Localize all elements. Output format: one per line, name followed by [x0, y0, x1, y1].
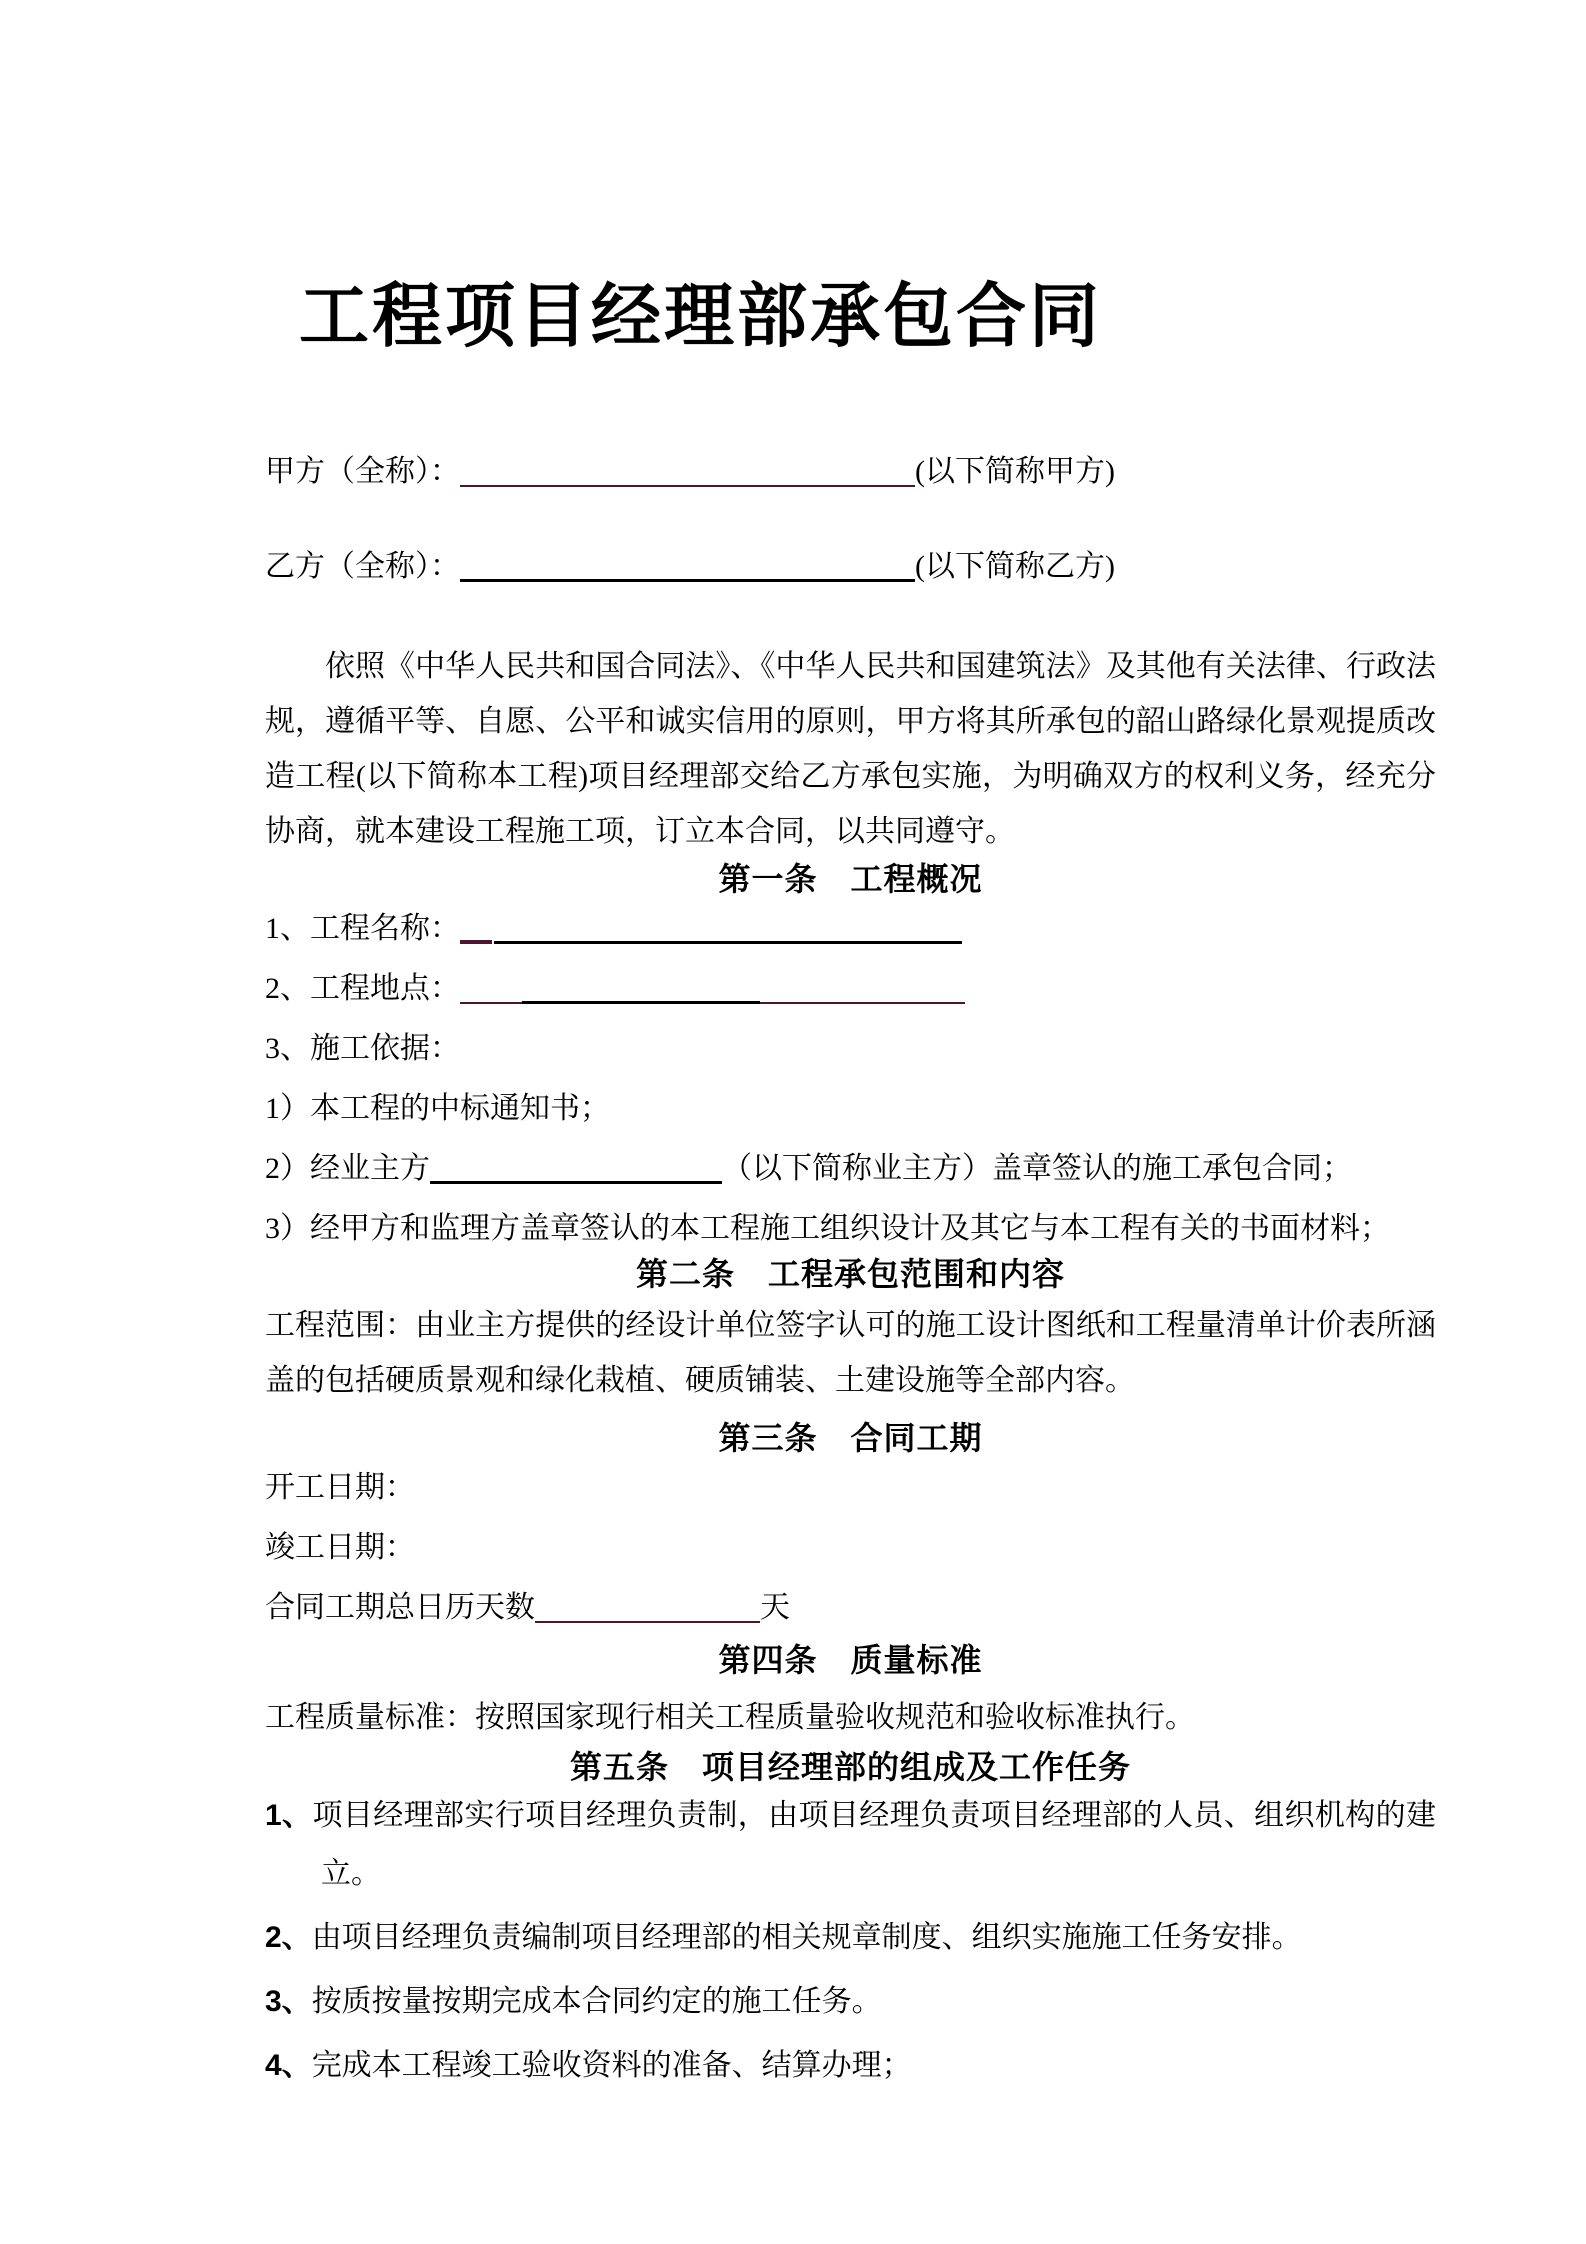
project-name-blank-underline [494, 905, 962, 944]
clause3-heading: 第三条 合同工期 [265, 1418, 1436, 1458]
party-a-label: 甲方（全称）： [265, 455, 460, 488]
start-date-label: 开工日期： [265, 1471, 415, 1504]
clause5-item2-number: 2、 [265, 1921, 312, 1954]
project-name-dash-underline [460, 904, 492, 944]
party-a-blank-underline [460, 449, 915, 487]
project-location-label: 2、工程地点： [265, 972, 460, 1005]
clause5-item: 1、项目经理部实行项目经理负责制，由项目经理负责项目经理部的人员、组织机构的建立… [265, 1787, 1436, 1903]
clause5-item1-text: 项目经理部实行项目经理负责制，由项目经理负责项目经理部的人员、组织机构的建立。 [312, 1799, 1436, 1890]
clause5-item2-text: 由项目经理负责编制项目经理部的相关规章制度、组织实施施工任务安排。 [312, 1921, 1302, 1954]
basis-sub3-text: 3）经甲方和监理方盖章签认的本工程施工组织设计及其它与本工程有关的书面材料； [265, 1212, 1390, 1245]
clause5-item4-number: 4、 [265, 2049, 312, 2082]
clause5-item1-number: 1、 [265, 1799, 312, 1832]
clause5-item: 2、由项目经理负责编制项目经理部的相关规章制度、组织实施施工任务安排。 [265, 1909, 1436, 1967]
contract-preamble: 依照《中华人民共和国合同法》、《中华人民共和国建筑法》及其他有关法律、行政法规，… [265, 639, 1436, 859]
clause5-list: 1、项目经理部实行项目经理负责制，由项目经理负责项目经理部的人员、组织机构的建立… [265, 1787, 1436, 2095]
clause5-item3-number: 3、 [265, 1985, 312, 2018]
clause3-list: 开工日期： 竣工日期： 合同工期总日历天数天 [265, 1458, 1436, 1638]
duration-label: 合同工期总日历天数 [265, 1591, 535, 1624]
basis-sub1-line: 1）本工程的中标通知书； [265, 1079, 1436, 1139]
party-b-short-name: (以下简称乙方) [915, 550, 1115, 583]
party-a-short-name: (以下简称甲方) [915, 455, 1115, 488]
construction-basis-line: 3、施工依据： [265, 1019, 1436, 1079]
party-a-line: 甲方（全称）：(以下简称甲方) [265, 446, 1436, 488]
contract-title: 工程项目经理部承包合同 [265, 278, 1436, 358]
clause2-heading: 第二条 工程承包范围和内容 [265, 1254, 1436, 1294]
clause5-heading: 第五条 项目经理部的组成及工作任务 [265, 1747, 1436, 1787]
finish-date-line: 竣工日期： [265, 1518, 1436, 1578]
clause2-body: 工程范围：由业主方提供的经设计单位签字认可的施工设计图纸和工程量清单计价表所涵盖… [265, 1298, 1436, 1408]
clause5-item: 4、完成本工程竣工验收资料的准备、结算办理； [265, 2037, 1436, 2095]
duration-unit: 天 [760, 1591, 790, 1624]
finish-date-label: 竣工日期： [265, 1531, 415, 1564]
clause5-item: 3、按质按量按期完成本合同约定的施工任务。 [265, 1973, 1436, 2031]
contract-document: 工程项目经理部承包合同 甲方（全称）：(以下简称甲方) 乙方（全称）：(以下简称… [0, 0, 1586, 2095]
project-location-blank-underline [460, 966, 965, 1004]
party-b-label: 乙方（全称）： [265, 550, 460, 583]
construction-basis-label: 3、施工依据： [265, 1032, 460, 1065]
clause1-list: 1、工程名称： 2、工程地点： 3、施工依据： 1）本工程的中标通知书； 2）经… [265, 899, 1436, 1259]
clause4-body: 工程质量标准：按照国家现行相关工程质量验收规范和验收标准执行。 [265, 1690, 1436, 1745]
duration-blank-underline [535, 1585, 760, 1623]
clause4-heading: 第四条 质量标准 [265, 1640, 1436, 1680]
project-location-underline-overlay [522, 1001, 760, 1004]
owner-blank-underline [430, 1145, 722, 1184]
basis-sub2-line: 2）经业主方（以下简称业主方）盖章签认的施工承包合同； [265, 1139, 1436, 1199]
duration-line: 合同工期总日历天数天 [265, 1578, 1436, 1638]
basis-sub3-line: 3）经甲方和监理方盖章签认的本工程施工组织设计及其它与本工程有关的书面材料； [265, 1199, 1436, 1259]
clause5-item4-text: 完成本工程竣工验收资料的准备、结算办理； [312, 2049, 912, 2082]
party-b-line: 乙方（全称）：(以下简称乙方) [265, 541, 1436, 583]
basis-sub2-pre: 2）经业主方 [265, 1152, 430, 1185]
party-b-blank-underline [460, 543, 915, 582]
clause1-heading: 第一条 工程概况 [265, 859, 1436, 899]
project-location-line: 2、工程地点： [265, 959, 1436, 1019]
basis-sub2-post: （以下简称业主方）盖章签认的施工承包合同； [722, 1152, 1352, 1185]
document-page: 工程项目经理部承包合同 甲方（全称）：(以下简称甲方) 乙方（全称）：(以下简称… [0, 0, 1586, 2244]
basis-sub1-text: 1）本工程的中标通知书； [265, 1092, 610, 1125]
project-name-line: 1、工程名称： [265, 899, 1436, 959]
project-name-label: 1、工程名称： [265, 912, 460, 945]
start-date-line: 开工日期： [265, 1458, 1436, 1518]
clause5-item3-text: 按质按量按期完成本合同约定的施工任务。 [312, 1985, 882, 2018]
